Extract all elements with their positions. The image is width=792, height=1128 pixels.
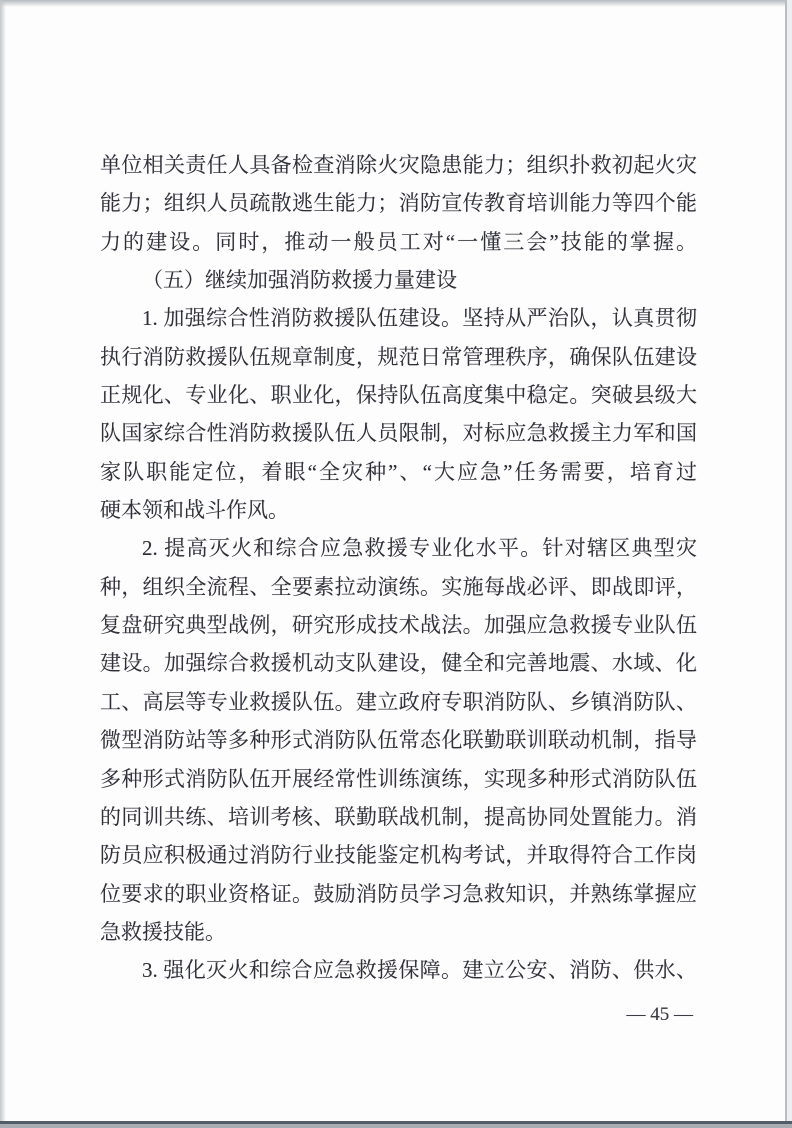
text-line: 单位相关责任人具备检查消除火灾隐患能力；组织扑救初起火灾 [100, 146, 697, 184]
text-line: （五）继续加强消防救援力量建设 [100, 261, 697, 299]
text-line: 种，组织全流程、全要素拉动演练。实施每战必评、即战即评， [100, 568, 697, 606]
text-line: 3. 强化灭火和综合应急救援保障。建立公安、消防、供水、 [100, 951, 697, 989]
text-line: 1. 加强综合性消防救援队伍建设。坚持从严治队，认真贯彻 [100, 299, 697, 337]
text-line: 力的建设。同时，推动一般员工对“一懂三会”技能的掌握。 [100, 223, 697, 261]
scanned-page: 单位相关责任人具备检查消除火灾隐患能力；组织扑救初起火灾能力；组织人员疏散逃生能… [0, 0, 792, 1128]
page-edge-right [785, 0, 787, 1123]
text-line: 能力；组织人员疏散逃生能力；消防宣传教育培训能力等四个能 [100, 184, 697, 222]
text-line: 复盘研究典型战例，研究形成技术战法。加强应急救援专业队伍 [100, 606, 697, 644]
text-line: 队国家综合性消防救援队伍人员限制，对标应急救援主力军和国 [100, 414, 697, 452]
text-line: 正规化、专业化、职业化，保持队伍高度集中稳定。突破县级大 [100, 376, 697, 414]
text-line: 建设。加强综合救援机动支队建设，健全和完善地震、水域、化 [100, 644, 697, 682]
page-number: — 45 — [627, 1004, 694, 1026]
scan-edge-left [0, 0, 6, 1128]
text-line: 家队职能定位，着眼“全灾种”、“大应急”任务需要，培育过 [100, 453, 697, 491]
text-line: 位要求的职业资格证。鼓励消防员学习急救知识，并熟练掌握应 [100, 875, 697, 913]
scan-gutter-bottom [0, 1124, 792, 1128]
text-line: 防员应积极通过消防行业技能鉴定机构考试，并取得符合工作岗 [100, 836, 697, 874]
text-line: 微型消防站等多种形式消防队伍常态化联勤联训联动机制，指导 [100, 721, 697, 759]
text-line: 工、高层等专业救援队伍。建立政府专职消防队、乡镇消防队、 [100, 683, 697, 721]
text-line: 执行消防救援队伍规章制度，规范日常管理秩序，确保队伍建设 [100, 338, 697, 376]
text-line: 的同训共练、培训考核、联勤联战机制，提高协同处置能力。消 [100, 798, 697, 836]
scan-gutter-right [787, 0, 792, 1123]
text-line: 硬本领和战斗作风。 [100, 491, 697, 529]
text-line: 急救援技能。 [100, 913, 697, 951]
text-line: 多种形式消防队伍开展经常性训练演练，实现多种形式消防队伍 [100, 760, 697, 798]
document-body-text: 单位相关责任人具备检查消除火灾隐患能力；组织扑救初起火灾能力；组织人员疏散逃生能… [100, 146, 697, 990]
text-line: 2. 提高灭火和综合应急救援专业化水平。针对辖区典型灾 [100, 529, 697, 567]
scan-edge-top [0, 0, 792, 7]
